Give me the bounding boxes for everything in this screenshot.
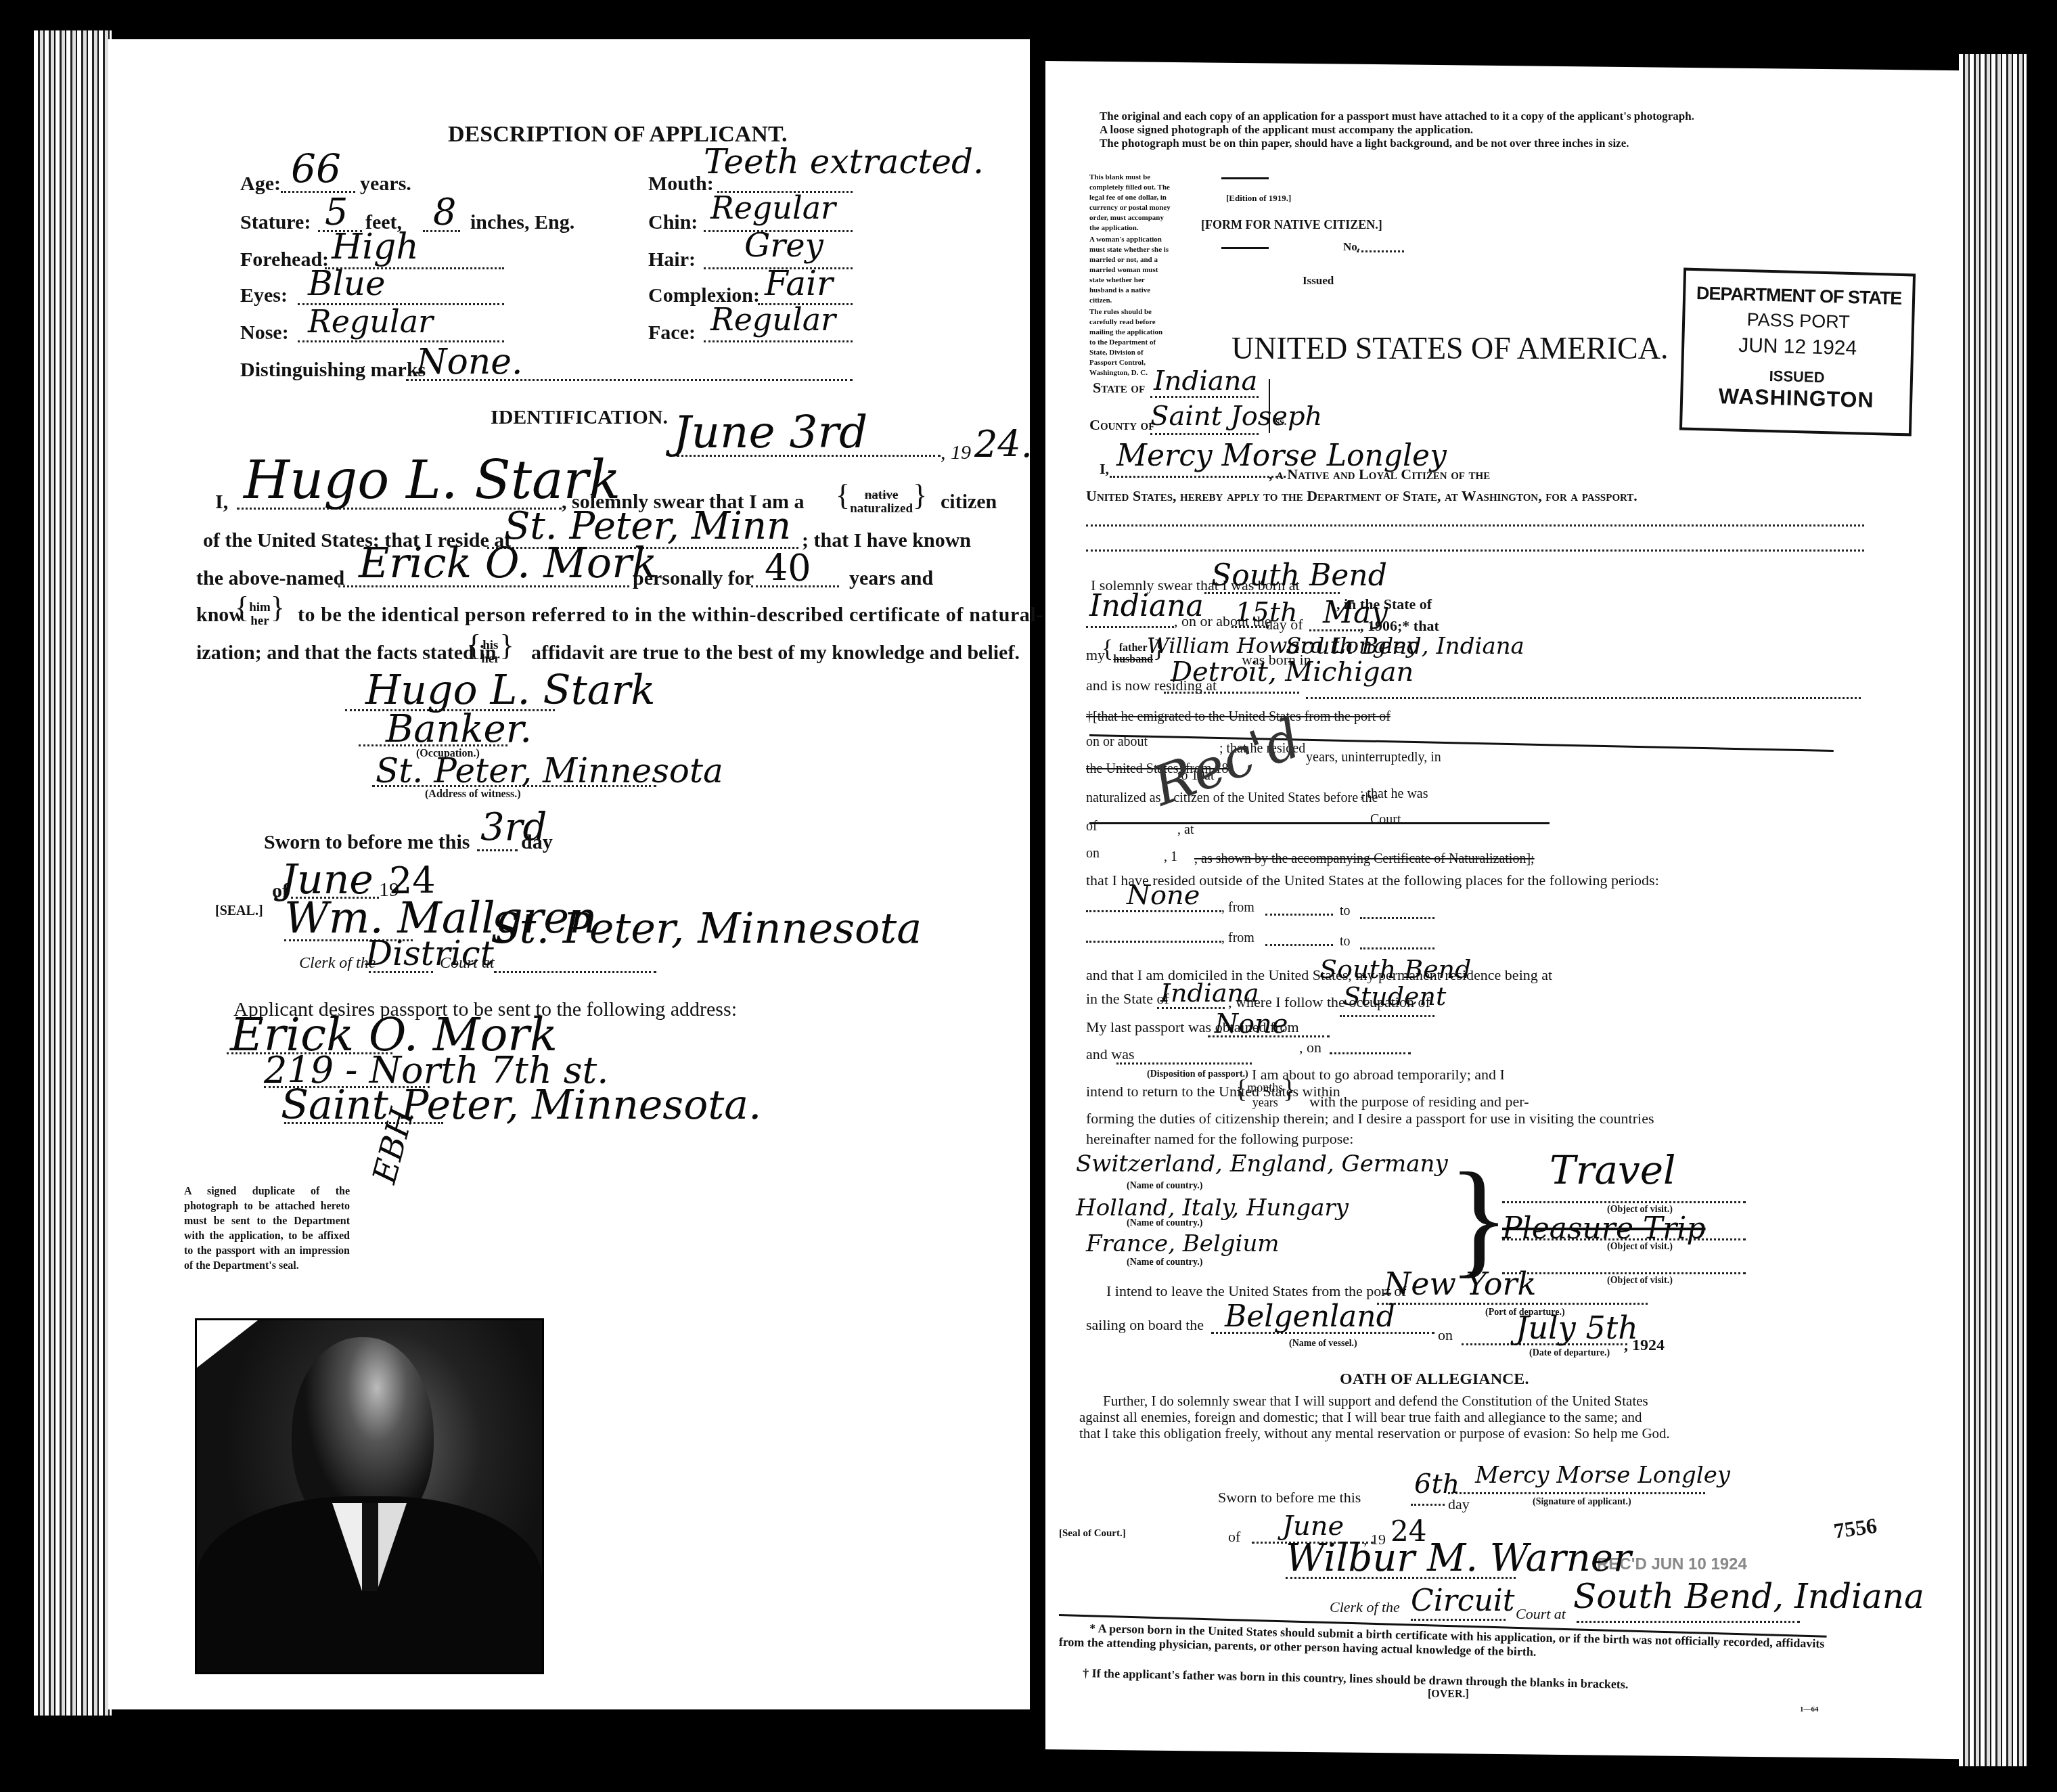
emigration-strike-2 xyxy=(1089,822,1550,824)
vessel: Belgenland xyxy=(1225,1299,1395,1334)
sworn-text: Sworn to before me this xyxy=(264,831,470,854)
passport-issued-stamp: DEPARTMENT OF STATE PASS PORT JUN 12 192… xyxy=(1679,268,1916,436)
native-text: , a Native and Loyal Citizen of the xyxy=(1269,466,1490,483)
nose-value: Regular xyxy=(308,303,433,340)
top-notice-line-1: The original and each copy of an applica… xyxy=(1100,110,1694,123)
oath-line-2: against all enemies, foreign and domesti… xyxy=(1079,1409,1642,1426)
years-and-text: years and xyxy=(849,567,933,590)
residence: South Bend xyxy=(1319,954,1471,984)
port: New York xyxy=(1384,1265,1536,1302)
vessel-caption: (Name of vessel.) xyxy=(1289,1339,1357,1349)
identification-title: IDENTIFICATION. xyxy=(491,406,668,429)
known-text: ; that I have known xyxy=(802,529,971,552)
i-label: I, xyxy=(215,491,228,514)
form-type: [FORM FOR NATIVE CITIZEN.] xyxy=(1201,218,1382,232)
oath-line-3: that I take this obligation freely, with… xyxy=(1079,1425,1670,1442)
possessive-options: {hisher} xyxy=(467,632,514,666)
subject-name: Erick O. Mork xyxy=(359,538,657,587)
chin-label: Chin: xyxy=(648,211,698,234)
applicant-court-at: Court at xyxy=(1516,1605,1566,1623)
state-label: State of xyxy=(1093,379,1145,397)
inches-label: inches, Eng. xyxy=(470,211,574,234)
years-known: 40 xyxy=(765,547,811,589)
stature-inches: 8 xyxy=(433,191,456,233)
ization-text: ization; and that the facts stated in xyxy=(196,642,496,665)
face-label: Face: xyxy=(648,321,696,344)
departure-caption: (Date of departure.) xyxy=(1529,1348,1610,1359)
residence-state-label: in the State of xyxy=(1086,990,1169,1008)
ss-label: ss. xyxy=(1275,416,1286,428)
period-options: {monthsyears} xyxy=(1235,1076,1296,1110)
mailing-city: Saint Peter, Minnesota. xyxy=(281,1081,761,1129)
father-birthplace: South Bend, Indiana xyxy=(1286,633,1524,660)
marks-label: Distinguishing marks xyxy=(240,359,426,382)
right-page-edges xyxy=(1959,54,2027,1766)
applicant-photo: Photograph of applicant xyxy=(195,1318,544,1674)
apply-text: United States, hereby apply to the Depar… xyxy=(1086,487,1637,505)
mouth-value: Teeth extracted. xyxy=(704,142,984,181)
and-was-text: and was xyxy=(1086,1046,1134,1063)
object-pleasure-trip: Pleasure Trip xyxy=(1502,1211,1706,1246)
citizen-option-native: native xyxy=(865,488,899,502)
occupation: Student xyxy=(1343,981,1446,1011)
applicant-court-location: South Bend, Indiana xyxy=(1573,1577,1924,1616)
age-value: 66 xyxy=(291,145,341,192)
affidavit-text: affidavit are true to the best of my kno… xyxy=(531,642,1020,665)
applicant-i-label: I, xyxy=(1100,460,1109,478)
forehead-value: High xyxy=(332,227,419,267)
side-notice: This blank must be completely filled out… xyxy=(1089,173,1171,378)
eyes-label: Eyes: xyxy=(240,284,288,307)
oath-line-1: Further, I do solemnly swear that I will… xyxy=(1083,1393,1648,1410)
applicant-sworn-text: Sworn to before me this xyxy=(1218,1489,1361,1506)
nose-label: Nose: xyxy=(240,321,289,344)
departure-date: July 5th xyxy=(1516,1309,1638,1346)
hair-value: Grey xyxy=(744,227,823,265)
issued-label: Issued xyxy=(1303,274,1334,288)
county-label: County of xyxy=(1089,416,1154,434)
clerk-of-label: Clerk of the xyxy=(299,954,376,972)
countries-line-3: France, Belgium xyxy=(1086,1230,1280,1257)
over-label: [OVER.] xyxy=(1428,1688,1469,1701)
heading: UNITED STATES OF AMERICA. xyxy=(1231,330,1668,366)
countries-line-1: Switzerland, England, Germany xyxy=(1076,1150,1448,1178)
object-travel: Travel xyxy=(1550,1147,1676,1193)
address-caption: (Address of witness.) xyxy=(425,788,520,801)
purpose-text: with the purpose of residing and per- xyxy=(1309,1093,1529,1111)
last-passport: None xyxy=(1215,1008,1288,1039)
citizen-options: {nativenaturalized} xyxy=(836,482,927,516)
seal-label: [SEAL.] xyxy=(215,903,263,919)
above-named-text: the above-named xyxy=(196,567,344,590)
clerk-court-location: St. Peter, Minnesota xyxy=(491,903,922,953)
father-residence: Detroit, Michigan xyxy=(1171,656,1414,688)
stature-label: Stature: xyxy=(240,211,311,234)
countries-line-2: Holland, Italy, Hungary xyxy=(1076,1194,1349,1222)
applicant-signature: Mercy Morse Longley xyxy=(1475,1462,1730,1489)
emigration-line-1: †[that he emigrated to the United States… xyxy=(1086,709,1391,725)
identification-year-prefix: , 19 xyxy=(941,441,971,464)
identification-date: June 3rd xyxy=(673,406,867,458)
citizen-option-naturalized: naturalized xyxy=(850,501,913,516)
departure-on: on xyxy=(1438,1326,1453,1344)
age-unit: years. xyxy=(360,173,411,196)
court-at-label: Court at xyxy=(440,954,495,972)
vessel-text: sailing on board the xyxy=(1086,1316,1204,1334)
birthplace: South Bend xyxy=(1211,558,1387,593)
departure-year: , 1924 xyxy=(1624,1337,1665,1355)
last-passport-on: , on xyxy=(1299,1039,1321,1056)
face-value: Regular xyxy=(710,301,836,338)
witness-address: St. Peter, Minnesota xyxy=(376,751,723,790)
complexion-value: Fair xyxy=(765,264,833,303)
edition: [Edition of 1919.] xyxy=(1226,193,1291,204)
pronoun-options: {himher} xyxy=(235,594,285,628)
applicant-of-label: of xyxy=(1228,1528,1240,1546)
state-value: Indiana xyxy=(1154,365,1257,397)
left-page-edges xyxy=(34,30,112,1716)
identical-text: to be the identical person referred to i… xyxy=(298,604,1043,627)
photo-note: A signed duplicate of the photograph to … xyxy=(184,1184,350,1274)
applicant-clerk-signature: Wilbur M. Warner xyxy=(1286,1536,1631,1580)
hereinafter-text: hereinafter named for the following purp… xyxy=(1086,1130,1353,1148)
hair-label: Hair: xyxy=(648,248,696,271)
disposition-caption: (Disposition of passport.) xyxy=(1147,1069,1248,1080)
eyes-value: Blue xyxy=(308,264,386,303)
top-notice-line-2: A loose signed photograph of the applica… xyxy=(1100,123,1473,137)
day-of-text: day of xyxy=(1265,616,1303,633)
identification-year: 24. xyxy=(974,423,1033,466)
top-notice-line-3: The photograph must be on thin paper, sh… xyxy=(1100,137,1629,150)
applicant-court-type: Circuit xyxy=(1411,1584,1515,1618)
form-code: 1—64 xyxy=(1800,1705,1819,1713)
marks-value: None. xyxy=(416,342,523,382)
personally-text: personally for xyxy=(633,567,754,590)
age-label: Age: xyxy=(240,173,281,196)
signature-caption: (Signature of applicant.) xyxy=(1533,1497,1631,1508)
port-text: I intend to leave the United States from… xyxy=(1106,1282,1407,1300)
applicant-clerk-of: Clerk of the xyxy=(1330,1598,1400,1616)
chin-value: Regular xyxy=(710,189,836,226)
court-seal-label: [Seal of Court.] xyxy=(1059,1528,1126,1540)
outside-place-1: None xyxy=(1127,880,1200,911)
intend-text: intend to return to the United States wi… xyxy=(1086,1083,1340,1100)
applicant-sworn-day-label: day xyxy=(1448,1496,1470,1513)
sworn-day-label: day xyxy=(521,831,553,854)
oath-title: OATH OF ALLEGIANCE. xyxy=(1340,1370,1529,1389)
county-value: Saint Joseph xyxy=(1150,401,1322,432)
witness-occupation: Banker. xyxy=(386,707,532,751)
duties-text: forming the duties of citizenship therei… xyxy=(1086,1110,1654,1127)
citizen-word: citizen xyxy=(941,491,997,514)
